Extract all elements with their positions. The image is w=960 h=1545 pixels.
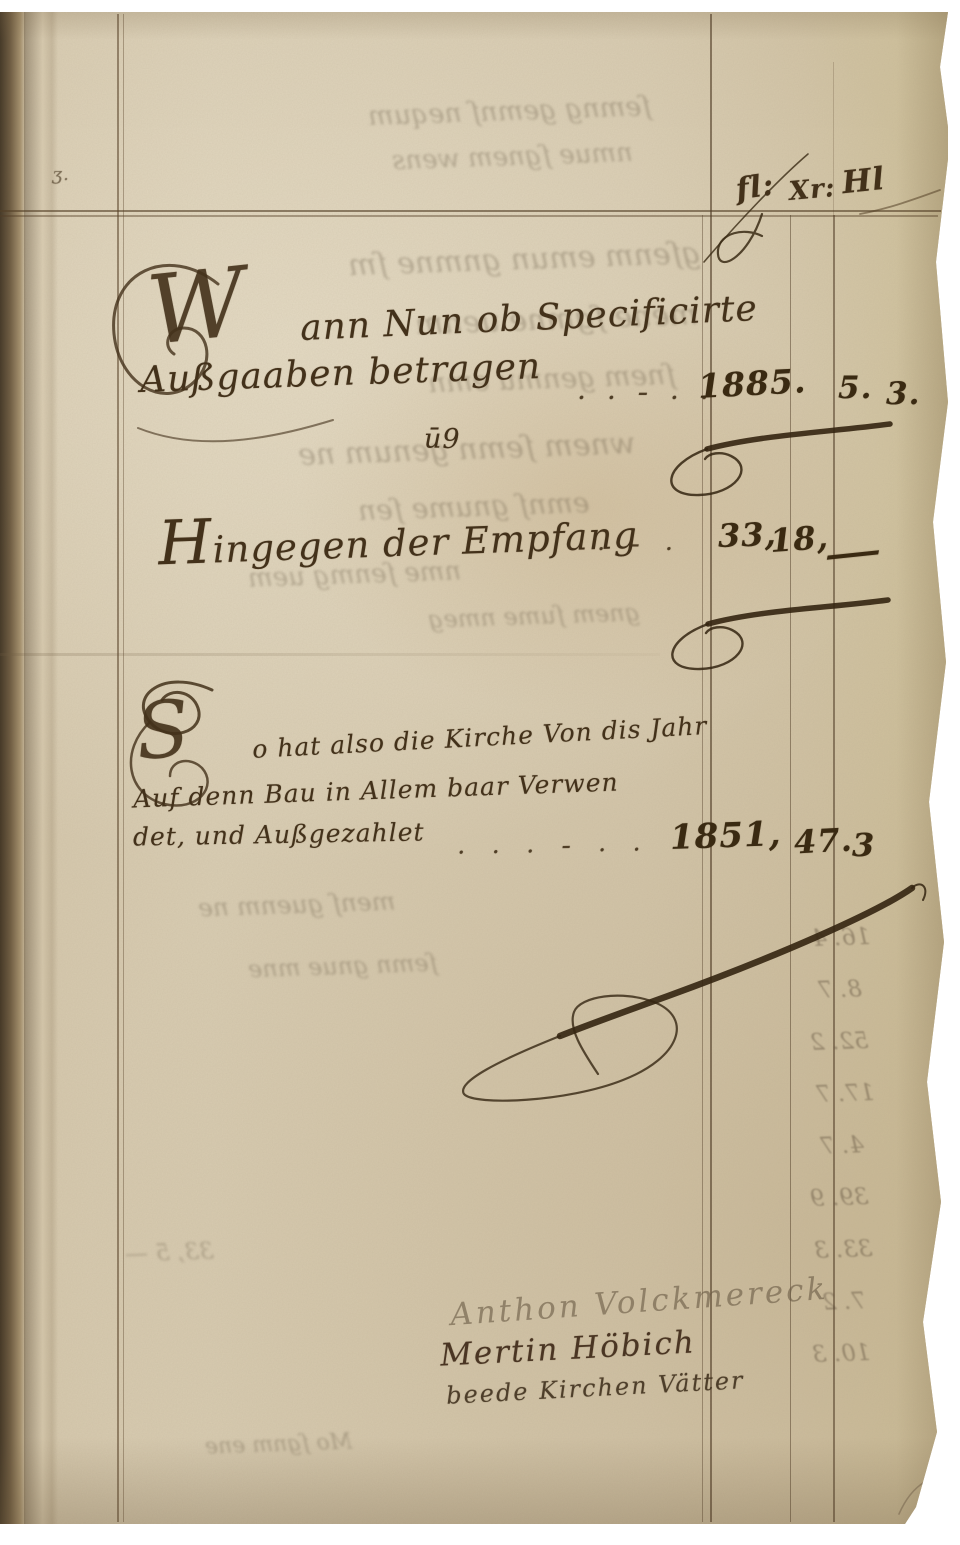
top-edge-shadow: [0, 12, 948, 40]
bottom-edge-shadow: [0, 1437, 948, 1524]
bleedthrough-number: 52. 2: [810, 1028, 869, 1056]
left-margin-line-outer: [117, 14, 119, 1522]
entry3-amount-xr: 47.: [793, 820, 854, 861]
entry3-leader-dots: . . . – . .: [458, 834, 651, 858]
bleedthrough-squiggle: nmue ſgnem wens: [392, 138, 634, 176]
bleedthrough-squiggle: 33, 5 —: [125, 1238, 215, 1267]
left-margin-line-inner: [123, 14, 124, 1522]
bleedthrough-number: 17. 7: [816, 1080, 875, 1108]
entry2-leader-dots: . – .: [598, 534, 682, 555]
entry3-line2: Auf denn Bau in Allem baar Verwen: [133, 768, 619, 814]
bleedthrough-number: 4. 7: [820, 1132, 865, 1160]
entry2-text: Hingegen der Empfang: [157, 492, 639, 580]
binding-edge: [0, 12, 26, 1524]
bleedthrough-number: 33. 3: [814, 1236, 873, 1264]
signature-3: beede Kirchen Vätter: [445, 1366, 745, 1410]
entry1-amount-hl: 3.: [886, 376, 920, 412]
binding-crease: [24, 12, 58, 1524]
connector-und: ū9: [424, 424, 461, 455]
entry1-line1: ann Nun ob Specificirte: [299, 288, 758, 349]
bleedthrough-number: 39. 9: [810, 1184, 869, 1212]
paraph-flourish-3: [418, 876, 945, 1116]
signature-1: Anthon Volckmereck: [449, 1271, 829, 1333]
scanned-document: ſemng gemnſ nequm nmue ſgnem wens gſenm …: [0, 0, 960, 1545]
entry1-amount-xr: 5.: [838, 370, 872, 406]
amount-column-line-3: [833, 215, 835, 1522]
bleedthrough-number: 10. 3: [812, 1340, 871, 1368]
horizontal-crease: [0, 653, 660, 656]
entry2-amount-dash: —: [822, 530, 885, 576]
bleedthrough-squiggle: ſemng gemnſ nequm: [368, 91, 652, 132]
header-rule-bottom: [0, 215, 938, 217]
entry1-leader-dots: . . – . .: [578, 380, 716, 404]
column-header-fl: fl:: [734, 167, 777, 207]
entry3-line3: det, und Außgezahlet: [133, 817, 425, 851]
entry1-amount-fl: 1885.: [697, 361, 807, 406]
entry3-initial: S: [132, 684, 194, 778]
bleedthrough-number: 8. 7: [818, 976, 863, 1004]
bleedthrough-squiggle: ſemn gnue mne: [248, 949, 438, 984]
bleedthrough-number: 16. 4: [812, 924, 871, 952]
entry3-amount-fl: 1851,: [669, 814, 782, 858]
paraph-flourish-2: [588, 580, 893, 675]
column-header-xr: Xr:: [788, 173, 837, 207]
bleedthrough-squiggle: Mo ſgnm ene: [205, 1429, 353, 1459]
entry2-amount-xr: 18,: [769, 518, 830, 560]
bleedthrough-squiggle: menſ guenm ne: [198, 887, 396, 923]
bleedthrough-squiggle: gſenm emun gnmne ſm: [347, 236, 701, 283]
column-header-hl: Hl: [840, 161, 887, 201]
bleedthrough-squiggle: wnem ſemn genum ne: [297, 426, 636, 473]
paper-page: ſemng gemnſ nequm nmue ſgnem wens gſenm …: [0, 12, 948, 1524]
header-rule-top: [0, 210, 941, 212]
bleedthrough-squiggle: gnem ſume nmeg: [428, 598, 641, 633]
entry3-amount-hl: 3: [852, 826, 875, 864]
pencil-curl-mark: [893, 1462, 953, 1522]
entry2-amount-fl: 33,: [717, 515, 777, 555]
signature-2: Mertin Höbich: [439, 1324, 696, 1373]
amount-column-line-1b: [702, 215, 703, 1522]
entry1-initial: W: [143, 247, 253, 367]
entry3-line1: o hat also die Kirche Von dis Jahr: [252, 711, 708, 764]
amount-column-line-2: [790, 215, 791, 1522]
right-edge-shadow: [896, 12, 948, 1524]
corner-mark: ʒ.: [52, 164, 70, 185]
